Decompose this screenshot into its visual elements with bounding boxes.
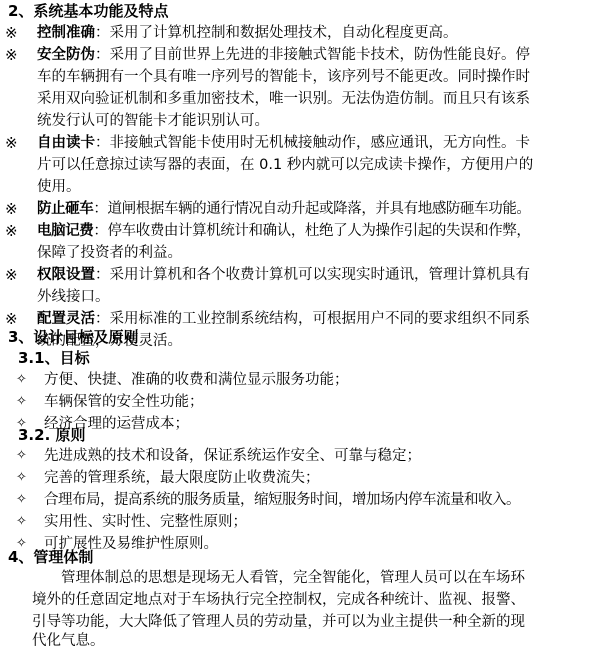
goal-text: 车辆保管的安全性功能； bbox=[44, 391, 204, 413]
reference-mark-icon: ※ bbox=[5, 198, 18, 220]
separator: ： bbox=[93, 223, 107, 239]
feature-text: 采用了目前世界上先进的非接触式智能卡技术，防伪性能良好。停 bbox=[110, 47, 531, 63]
separator: ： bbox=[95, 47, 110, 63]
feature-label: 安全防伪 bbox=[37, 47, 95, 63]
feature-label: 自由读卡 bbox=[37, 135, 95, 151]
reference-mark-icon: ※ bbox=[5, 220, 18, 242]
separator: ： bbox=[95, 267, 110, 283]
paragraph-line: 境外的任意固定地点对于车场执行完全控制权，完成各种统计、监视、报警、 bbox=[32, 589, 525, 611]
separator: ： bbox=[95, 135, 110, 151]
separator: ： bbox=[95, 25, 110, 41]
paragraph-line: 代化气息。 bbox=[32, 630, 105, 646]
feature-text: 采用双向验证机制和多重加密技术，唯一识别。无法伪造仿制。而且只有该系 bbox=[37, 88, 530, 110]
feature-text: 采用计算机和各个收费计算机可以实现实时通讯，管理计算机具有 bbox=[110, 267, 531, 283]
feature-text: 停车收费由计算机统计和确认，杜绝了人为操作引起的失误和作弊， bbox=[108, 223, 531, 239]
subsection-3-2-heading: 3.2. 原则 bbox=[18, 424, 86, 446]
separator: ： bbox=[93, 201, 107, 217]
feature-label: 控制准确 bbox=[37, 25, 95, 41]
feature-text: 车的车辆拥有一个具有唯一序列号的智能卡，该序列号不能更改。同时操作时 bbox=[37, 66, 530, 88]
diamond-bullet-icon: ✧ bbox=[16, 467, 27, 489]
principle-text: 先进成熟的技术和设备，保证系统运作安全、可靠与稳定； bbox=[44, 445, 421, 467]
feature-text: 使用。 bbox=[37, 176, 81, 198]
feature-label: 电脑记费 bbox=[37, 223, 93, 239]
paragraph-line: 管理体制总的思想是现场无人看管，完全智能化，管理人员可以在车场环 bbox=[61, 567, 525, 589]
principle-text: 合理布局，提高系统的服务质量，缩短服务时间，增加场内停车流量和收入。 bbox=[44, 489, 520, 511]
section-4-heading: 4、管理体制 bbox=[8, 546, 93, 568]
feature-text: 片可以任意掠过读写器的表面，在 0.1 秒内就可以完成读卡操作，方便用户的 bbox=[37, 154, 533, 176]
feature-text: 道闸根据车辆的通行情况自动升起或降落，并具有地感防砸车功能。 bbox=[108, 201, 531, 217]
subsection-3-1-heading: 3.1、目标 bbox=[18, 347, 90, 369]
section-2-heading: 2、系统基本功能及特点 bbox=[8, 0, 168, 22]
reference-mark-icon: ※ bbox=[5, 264, 18, 286]
feature-text: 非接触式智能卡使用时无机械接触动作，感应通讯，无方向性。卡 bbox=[110, 135, 531, 151]
feature-label: 配置灵活 bbox=[37, 311, 95, 327]
feature-label: 防止砸车 bbox=[37, 201, 93, 217]
diamond-bullet-icon: ✧ bbox=[16, 391, 27, 413]
feature-text: 外线接口。 bbox=[37, 286, 110, 308]
diamond-bullet-icon: ✧ bbox=[16, 445, 27, 467]
paragraph-line: 引导等功能，大大降低了管理人员的劳动量，并可以为业主提供一种全新的现 bbox=[32, 611, 525, 633]
principle-text: 完善的管理系统，最大限度防止收费流失； bbox=[44, 467, 320, 489]
reference-mark-icon: ※ bbox=[5, 44, 18, 66]
diamond-bullet-icon: ✧ bbox=[16, 489, 27, 511]
section-3-heading: 3、设计目标及原则 bbox=[8, 326, 138, 348]
feature-text: 保障了投资者的利益。 bbox=[37, 242, 182, 264]
separator: ： bbox=[95, 311, 110, 327]
feature-text: 采用标准的工业控制系统结构，可根据用户不同的要求组织不同系 bbox=[110, 311, 531, 327]
reference-mark-icon: ※ bbox=[5, 132, 18, 154]
reference-mark-icon: ※ bbox=[5, 22, 18, 44]
diamond-bullet-icon: ✧ bbox=[16, 369, 27, 391]
principle-text: 实用性、实时性、完整性原则； bbox=[44, 511, 247, 533]
feature-text: 统发行认可的智能卡才能识别认可。 bbox=[37, 110, 269, 132]
feature-text: 采用了计算机控制和数据处理技术，自动化程度更高。 bbox=[110, 25, 458, 41]
feature-label: 权限设置 bbox=[37, 267, 95, 283]
goal-text: 方便、快捷、准确的收费和满位显示服务功能； bbox=[44, 369, 349, 391]
diamond-bullet-icon: ✧ bbox=[16, 511, 27, 533]
